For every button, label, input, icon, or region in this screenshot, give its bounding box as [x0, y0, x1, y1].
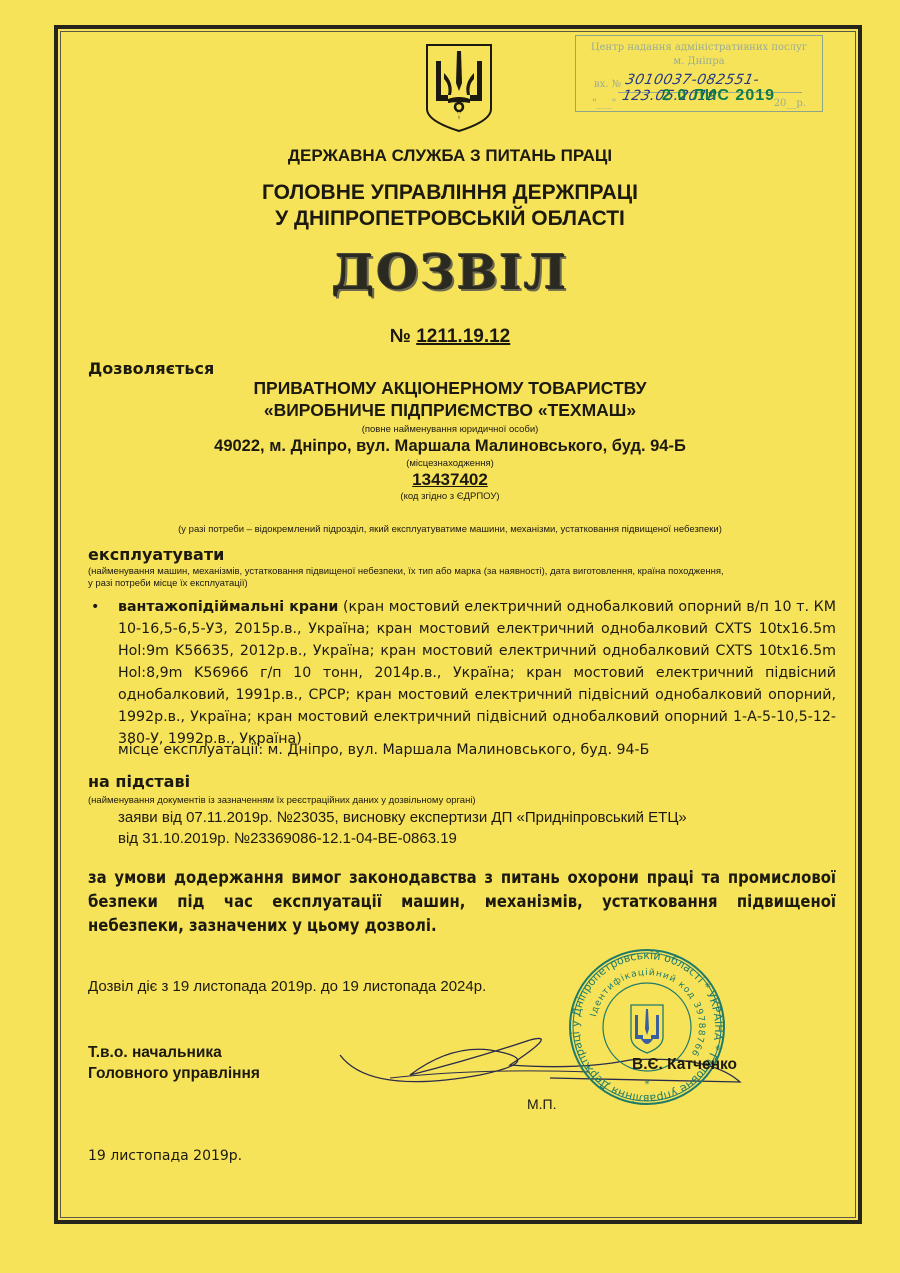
- grantee-name-line-1: ПРИВАТНОМУ АКЦІОНЕРНОМУ ТОВАРИСТВУ: [0, 377, 900, 399]
- department-line-1: ГОЛОВНЕ УПРАВЛІННЯ ДЕРЖПРАЦІ: [0, 180, 900, 206]
- signatory-name: В.Є. Катченко: [632, 1056, 737, 1074]
- grantee-address: 49022, м. Дніпро, вул. Маршала Малиновсь…: [0, 437, 900, 456]
- stamp-center-name: Центр надання адміністративних послуг: [576, 42, 822, 53]
- permit-condition: за умови додержання вимог законодавства …: [88, 866, 836, 938]
- edrpou-code: 13437402: [0, 470, 900, 490]
- department-line-2: У ДНІПРОПЕТРОВСЬКІЙ ОБЛАСТІ: [0, 206, 900, 232]
- basis-line-2: від 31.10.2019р. №23369086-12.1-04-ВЕ-08…: [118, 828, 687, 849]
- operate-caption-line-1: (найменування машин, механізмів, устатко…: [88, 566, 828, 578]
- operation-location: місце експлуатації: м. Дніпро, вул. Марш…: [118, 739, 649, 761]
- operate-caption-line-2: у разі потреби місце їх експлуатації): [88, 578, 828, 590]
- document-title: ДОЗВІЛ: [0, 245, 900, 301]
- bullet-icon: •: [91, 596, 99, 618]
- stamp-city: м. Дніпра: [576, 56, 822, 67]
- stamp-year-suffix: 20__р.: [774, 98, 806, 109]
- basis-documents: заяви від 07.11.2019р. №23035, висновку …: [118, 807, 687, 849]
- number-prefix: №: [390, 326, 411, 347]
- operate-caption: (найменування машин, механізмів, устатко…: [88, 566, 828, 590]
- equipment-list: вантажопідіймальні крани (кран мостовий …: [118, 596, 836, 750]
- grantee-name: ПРИВАТНОМУ АКЦІОНЕРНОМУ ТОВАРИСТВУ «ВИРО…: [0, 377, 900, 421]
- grantee-label: Дозволяється: [88, 359, 214, 378]
- position-line-2: Головного управління: [88, 1063, 260, 1084]
- equipment-title: вантажопідіймальні крани: [118, 599, 338, 615]
- basis-caption: (найменування документів із зазначенням …: [88, 795, 476, 806]
- address-caption: (місцезнаходження): [0, 458, 900, 469]
- stamp-incoming-label: вх. №: [594, 79, 621, 90]
- subdivision-caption: (у разі потреби – відокремлений підрозді…: [0, 524, 900, 535]
- number-value: 1211.19.12: [416, 326, 510, 347]
- position-line-1: Т.в.о. начальника: [88, 1042, 260, 1063]
- svg-text:*: *: [645, 1079, 650, 1090]
- registration-stamp: Центр надання адміністративних послуг м.…: [575, 35, 823, 112]
- signatory-position: Т.в.о. начальника Головного управління: [88, 1042, 260, 1084]
- official-seal-icon: у Дніпропетровській області * УКРАЇНА * …: [567, 947, 727, 1107]
- equipment-details: (кран мостовий електричний однобалковий …: [118, 599, 836, 747]
- operate-label: експлуатувати: [88, 545, 224, 564]
- grantee-name-line-2: «ВИРОБНИЧЕ ПІДПРИЄМСТВО «ТЕХМАШ»: [0, 399, 900, 421]
- seal-place-label: М.П.: [527, 1096, 557, 1112]
- stamp-date: 2 0 ЛИС 2019: [662, 87, 775, 105]
- edrpou-caption: (код згідно з ЄДРПОУ): [0, 491, 900, 502]
- permit-number: № 1211.19.12: [0, 326, 900, 348]
- stamp-date-prefix: "___": [592, 98, 616, 109]
- basis-line-1: заяви від 07.11.2019р. №23035, висновку …: [118, 807, 687, 828]
- issue-date: 19 листопада 2019р.: [88, 1148, 242, 1164]
- validity-period: Дозвіл діє з 19 листопада 2019р. до 19 л…: [88, 978, 486, 995]
- basis-label: на підставі: [88, 772, 190, 791]
- trident-coat-of-arms-icon: [424, 43, 494, 133]
- department-name: ГОЛОВНЕ УПРАВЛІННЯ ДЕРЖПРАЦІ У ДНІПРОПЕТ…: [0, 180, 900, 232]
- service-name: ДЕРЖАВНА СЛУЖБА З ПИТАНЬ ПРАЦІ: [0, 146, 900, 166]
- grantee-name-caption: (повне найменування юридичної особи): [0, 424, 900, 435]
